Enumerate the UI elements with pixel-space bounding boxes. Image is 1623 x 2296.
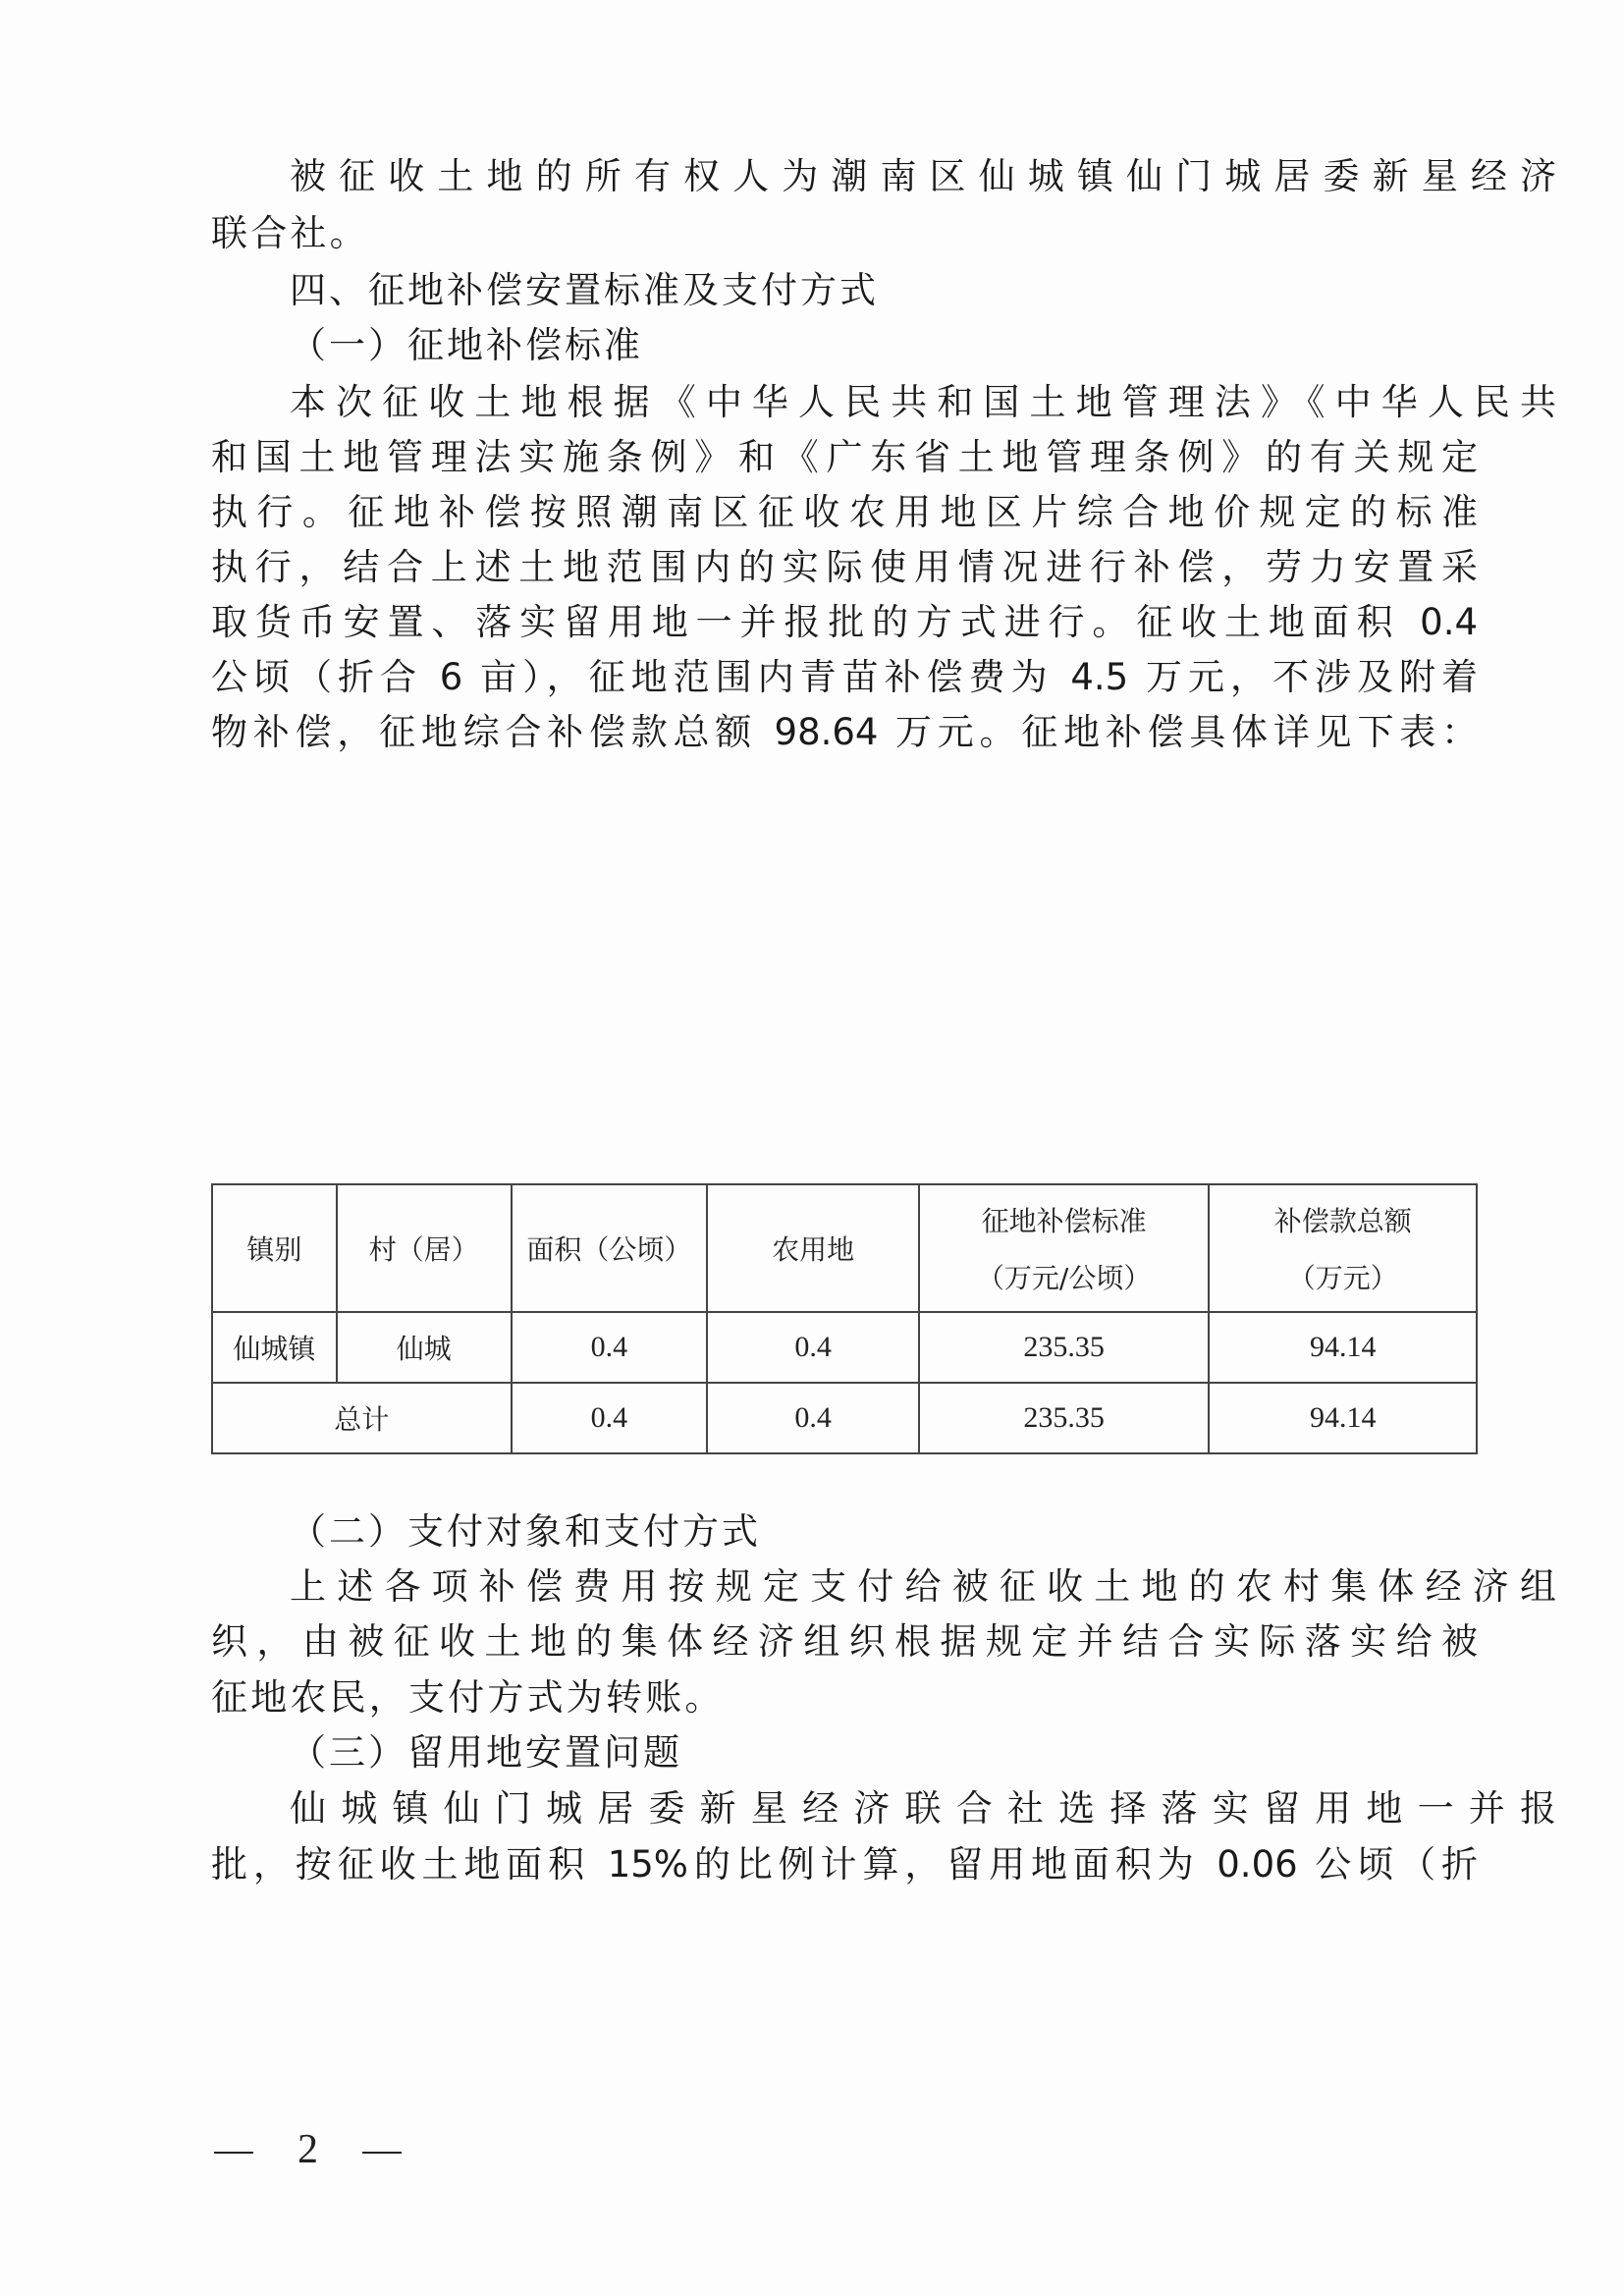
document-page: 被征收土地的所有权人为潮南区仙城镇仙门城居委新星经济 联合社。 四、征地补偿安置…: [0, 0, 1623, 2296]
paragraph-line: 本次征收土地根据《中华人民共和国土地管理法》《中华人民共: [290, 381, 1556, 424]
header-standard-line2: （万元/公顷）: [920, 1257, 1209, 1296]
section-heading: 四、征地补偿安置标准及支付方式: [290, 269, 1556, 312]
header-standard: 征地补偿标准 （万元/公顷）: [919, 1184, 1210, 1312]
cell-town: 仙城镇: [212, 1312, 337, 1383]
subsection-heading: （三）留用地安置问题: [290, 1731, 1556, 1775]
paragraph-line: 公顷（折合 6 亩），征地范围内青苗补偿费为 4.5 万元，不涉及附着: [211, 656, 1478, 699]
header-farmland: 农用地: [707, 1184, 919, 1312]
cell-farmland: 0.4: [707, 1312, 919, 1383]
compensation-table: 镇别 村（居） 面积（公顷） 农用地 征地补偿标准 （万元/公顷） 补偿款总额 …: [211, 1183, 1478, 1454]
paragraph-line: 执行。征地补偿按照潮南区征收农用地区片综合地价规定的标准: [211, 491, 1478, 534]
cell-total: 94.14: [1209, 1312, 1477, 1383]
paragraph-line: 被征收土地的所有权人为潮南区仙城镇仙门城居委新星经济: [290, 155, 1556, 198]
paragraph-line: 取货币安置、落实留用地一并报批的方式进行。征收土地面积 0.4: [211, 601, 1478, 644]
header-standard-line1: 征地补偿标准: [920, 1200, 1209, 1239]
cell-total-amount: 94.14: [1209, 1383, 1477, 1453]
cell-total-area: 0.4: [512, 1383, 708, 1453]
cell-total-label: 总计: [212, 1383, 512, 1453]
table-total-row: 总计 0.4 0.4 235.35 94.14: [212, 1383, 1477, 1453]
header-town: 镇别: [212, 1184, 337, 1312]
subsection-heading: （一）征地补偿标准: [290, 324, 1556, 367]
header-total: 补偿款总额 （万元）: [1209, 1184, 1477, 1312]
cell-area: 0.4: [512, 1312, 708, 1383]
subsection-heading: （二）支付对象和支付方式: [290, 1510, 1556, 1554]
paragraph-line: 征地农民，支付方式为转账。: [211, 1676, 1478, 1720]
paragraph-line: 织，由被征收土地的集体经济组织根据规定并结合实际落实给被: [211, 1620, 1478, 1664]
dash-left: [214, 2152, 253, 2154]
paragraph-line: 上述各项补偿费用按规定支付给被征收土地的农村集体经济组: [290, 1565, 1556, 1609]
table-row: 仙城镇 仙城 0.4 0.4 235.35 94.14: [212, 1312, 1477, 1383]
header-village: 村（居）: [337, 1184, 512, 1312]
paragraph-line: 仙城镇仙门城居委新星经济联合社选择落实留用地一并报: [290, 1787, 1556, 1831]
cell-total-farmland: 0.4: [707, 1383, 919, 1453]
header-total-line1: 补偿款总额: [1210, 1200, 1476, 1239]
paragraph-line: 联合社。: [211, 212, 1478, 255]
cell-village: 仙城: [337, 1312, 512, 1383]
paragraph-line: 执行，结合上述土地范围内的实际使用情况进行补偿，劳力安置采: [211, 546, 1478, 589]
page-number-value: 2: [264, 2126, 352, 2173]
paragraph-line: 批，按征收土地面积 15%的比例计算，留用地面积为 0.06 公顷（折: [211, 1843, 1478, 1886]
dash-right: [362, 2152, 402, 2154]
header-area: 面积（公顷）: [512, 1184, 708, 1312]
cell-standard: 235.35: [919, 1312, 1210, 1383]
paragraph-line: 和国土地管理法实施条例》和《广东省土地管理条例》的有关规定: [211, 436, 1478, 479]
table-header-row: 镇别 村（居） 面积（公顷） 农用地 征地补偿标准 （万元/公顷） 补偿款总额 …: [212, 1184, 1477, 1312]
header-total-line2: （万元）: [1210, 1257, 1476, 1296]
cell-total-standard: 235.35: [919, 1383, 1210, 1453]
page-number: 2: [214, 2126, 402, 2173]
paragraph-line: 物补偿，征地综合补偿款总额 98.64 万元。征地补偿具体详见下表：: [211, 711, 1478, 754]
